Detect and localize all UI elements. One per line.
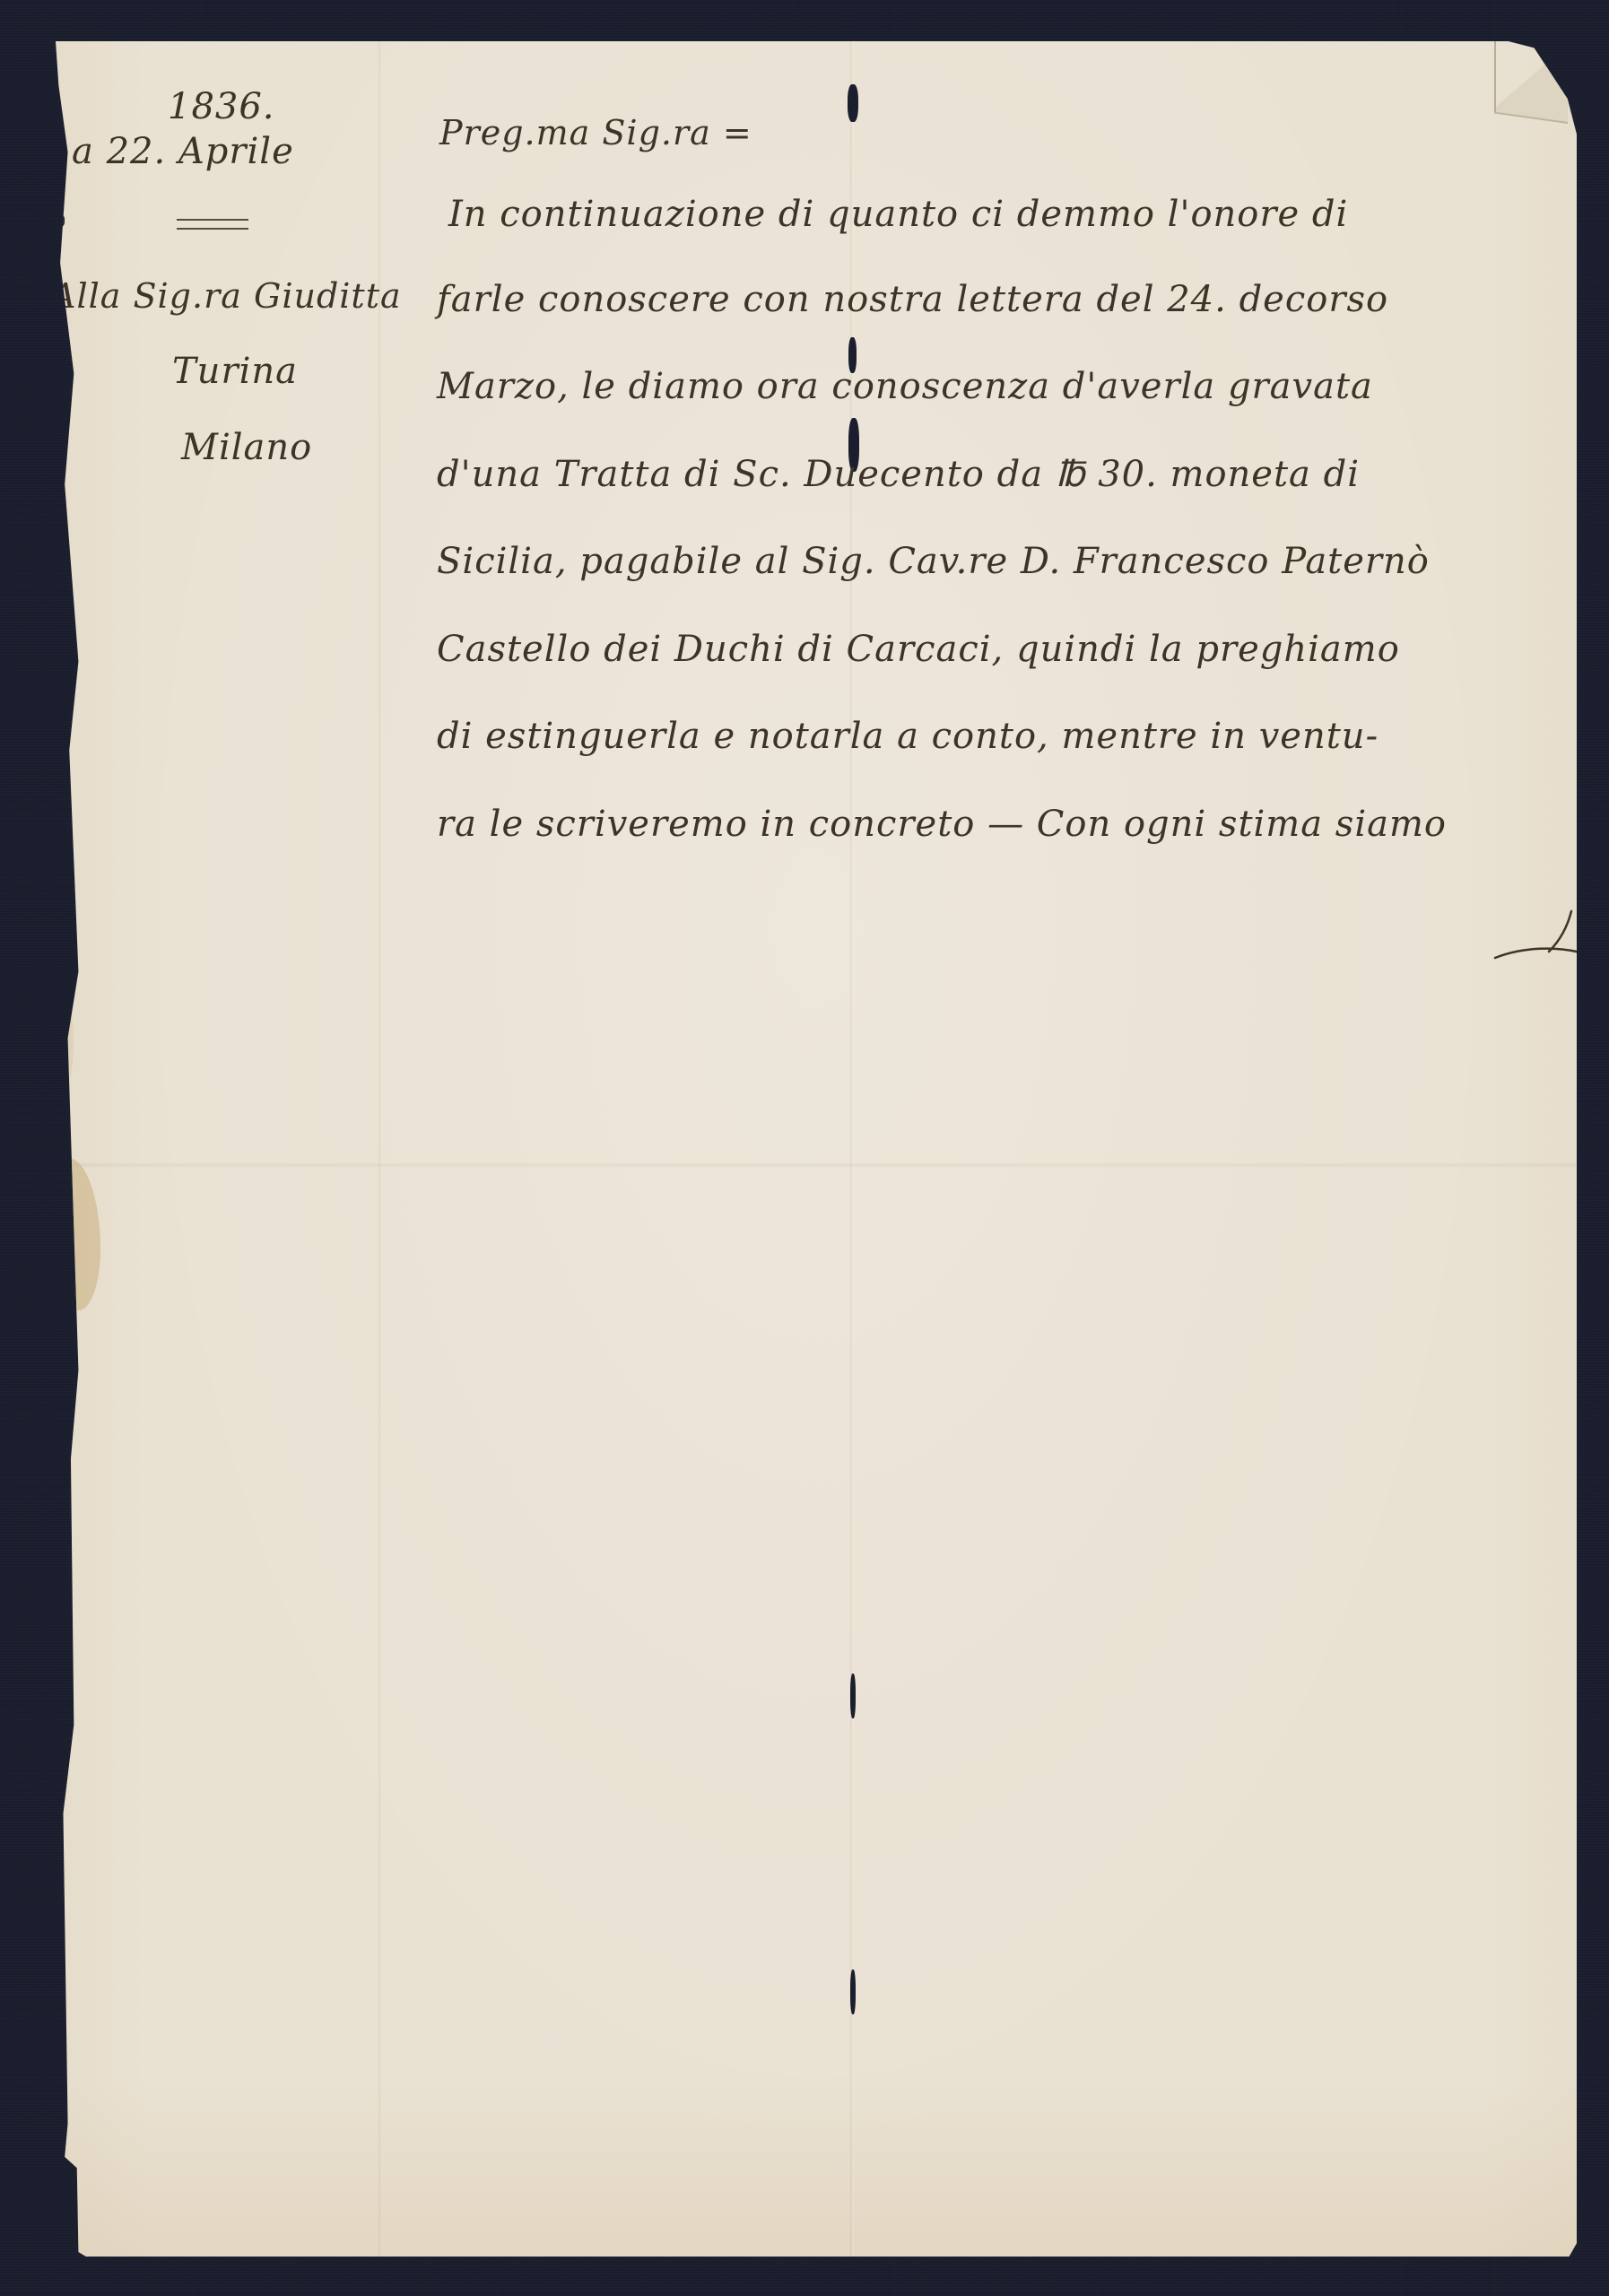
folded-corner — [1494, 30, 1568, 124]
margin-recipient: Alla Sig.ra Giuditta — [51, 276, 402, 316]
paper-stain — [47, 974, 74, 1091]
fold-damage-mark — [850, 1674, 856, 1718]
margin-double-rule — [177, 219, 248, 230]
margin-year: 1836. — [168, 86, 275, 127]
fold-damage-mark — [850, 1970, 856, 2014]
letter-line: Sicilia, pagabile al Sig. Cav.re D. Fran… — [437, 541, 1549, 582]
horizontal-fold-crease — [56, 1162, 1577, 1168]
ink-blot — [38, 212, 65, 230]
letter-line: Castello dei Duchi di Carcaci, quindi la… — [437, 629, 1549, 670]
margin-fold-line — [378, 41, 380, 2257]
letter-line: In continuazione di quanto ci demmo l'on… — [448, 194, 1561, 235]
letter-line: ra le scriveremo in concreto — Con ogni … — [437, 804, 1549, 845]
letter-page: 1836. a 22. Aprile Alla Sig.ra Giuditta … — [56, 41, 1577, 2257]
letter-line: farle conoscere con nostra lettera del 2… — [437, 279, 1549, 320]
letter-line: Marzo, le diamo ora conoscenza d'averla … — [437, 366, 1549, 407]
margin-city: Milano — [181, 427, 312, 468]
letter-line: di estinguerla e notarla a conto, mentre… — [437, 716, 1549, 757]
margin-recipient-surname: Turina — [172, 351, 298, 392]
letter-line: d'una Tratta di Sc. Duecento da ℔ 30. mo… — [437, 454, 1549, 495]
signature-flourish-icon — [1486, 902, 1594, 1001]
letter-salutation: Preg.ma Sig.ra = — [439, 113, 1552, 152]
margin-date: a 22. Aprile — [72, 131, 294, 172]
paper-stain — [47, 1158, 100, 1310]
